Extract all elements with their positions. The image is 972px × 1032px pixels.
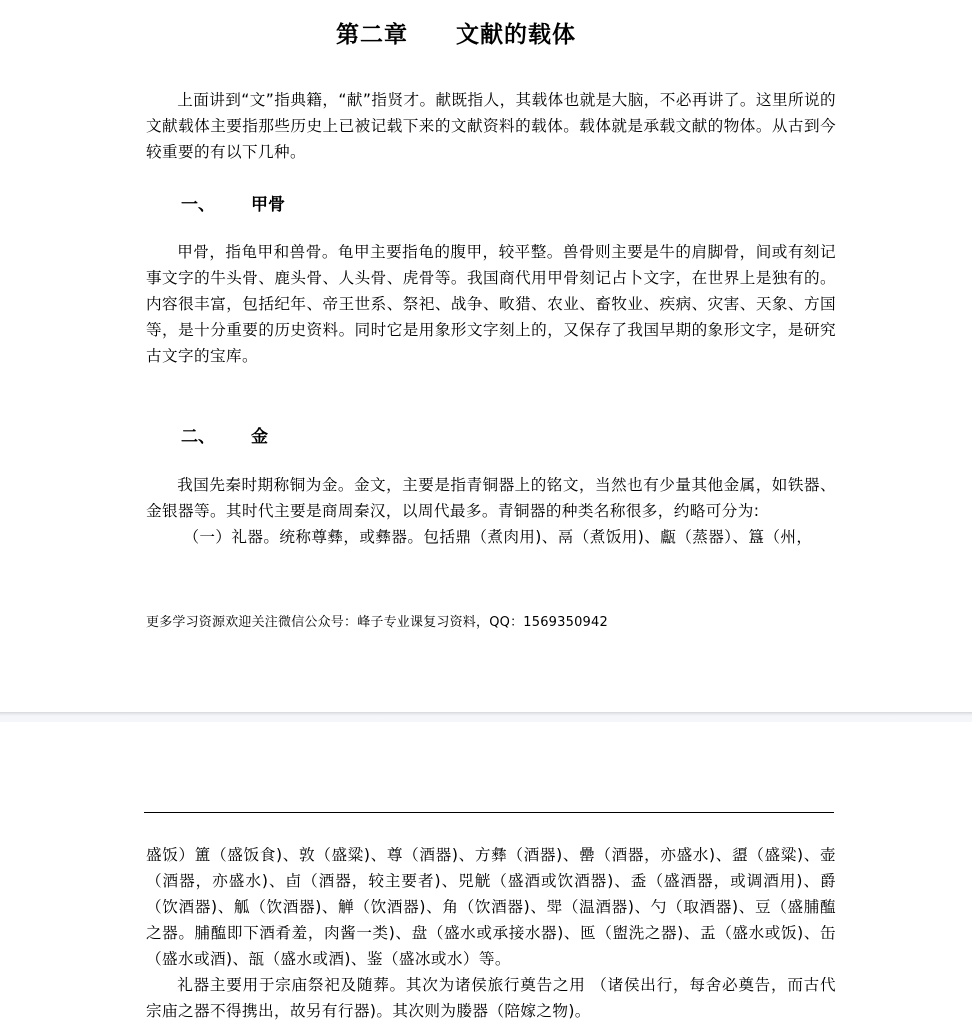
document-page-2: 盛饭）簠（盛饭食)、敦（盛粱)、尊（酒器)、方彝（酒器)、罍（酒器，亦盛水)、盨… [0,722,972,1032]
intro-paragraph: 上面讲到“文”指典籍，“献”指贤才。献既指人，其载体也就是大脑，不必再讲了。这里… [146,87,836,165]
document-page-1: 第二章文献的载体 上面讲到“文”指典籍，“献”指贤才。献既指人，其载体也就是大脑… [0,0,972,712]
oracle-bones-paragraph-block: 甲骨，指龟甲和兽骨。龟甲主要指龟的腹甲，较平整。兽骨则主要是牛的肩脚骨，间或有刻… [146,239,836,369]
footer-note: 更多学习资源欢迎关注微信公众号：峰子专业课复习资料，QQ：1569350942 [146,611,608,630]
bronze-paragraph-block: 我国先秦时期称铜为金。金文，主要是指青铜器上的铭文，当然也有少量其他金属，如铁器… [146,472,836,550]
section-title: 金 [251,427,268,447]
bronze-paragraph: 我国先秦时期称铜为金。金文，主要是指青铜器上的铭文，当然也有少量其他金属，如铁器… [146,472,836,524]
section-number: 一、 [181,190,251,215]
ritual-vessels-item: （一）礼器。统称尊彝，或彝器。包括鼎（煮肉用)、鬲（煮饭用)、甗（蒸器）、簋（州… [146,524,836,550]
oracle-bones-paragraph: 甲骨，指龟甲和兽骨。龟甲主要指龟的腹甲，较平整。兽骨则主要是牛的肩脚骨，间或有刻… [146,239,836,369]
chapter-title: 第二章文献的载体 [0,16,912,49]
chapter-number: 第二章 [336,22,408,48]
section-heading-bronze: 二、金 [181,422,268,447]
continued-paragraph: 盛饭）簠（盛饭食)、敦（盛粱)、尊（酒器)、方彝（酒器)、罍（酒器，亦盛水)、盨… [146,842,836,972]
header-rule [144,812,834,813]
section-heading-oracle-bones: 一、甲骨 [181,190,285,215]
section-title: 甲骨 [251,195,285,215]
continued-paragraph-block: 盛饭）簠（盛饭食)、敦（盛粱)、尊（酒器)、方彝（酒器)、罍（酒器，亦盛水)、盨… [146,842,836,1024]
intro-paragraph-block: 上面讲到“文”指典籍，“献”指贤才。献既指人，其载体也就是大脑，不必再讲了。这里… [146,87,836,165]
section-number: 二、 [181,422,251,447]
chapter-name: 文献的载体 [456,22,576,48]
ritual-usage-paragraph: 礼器主要用于宗庙祭祀及随葬。其次为诸侯旅行奠告之用 （诸侯出行，每舍必奠告，而古… [146,972,836,1024]
page-separator [0,712,972,722]
